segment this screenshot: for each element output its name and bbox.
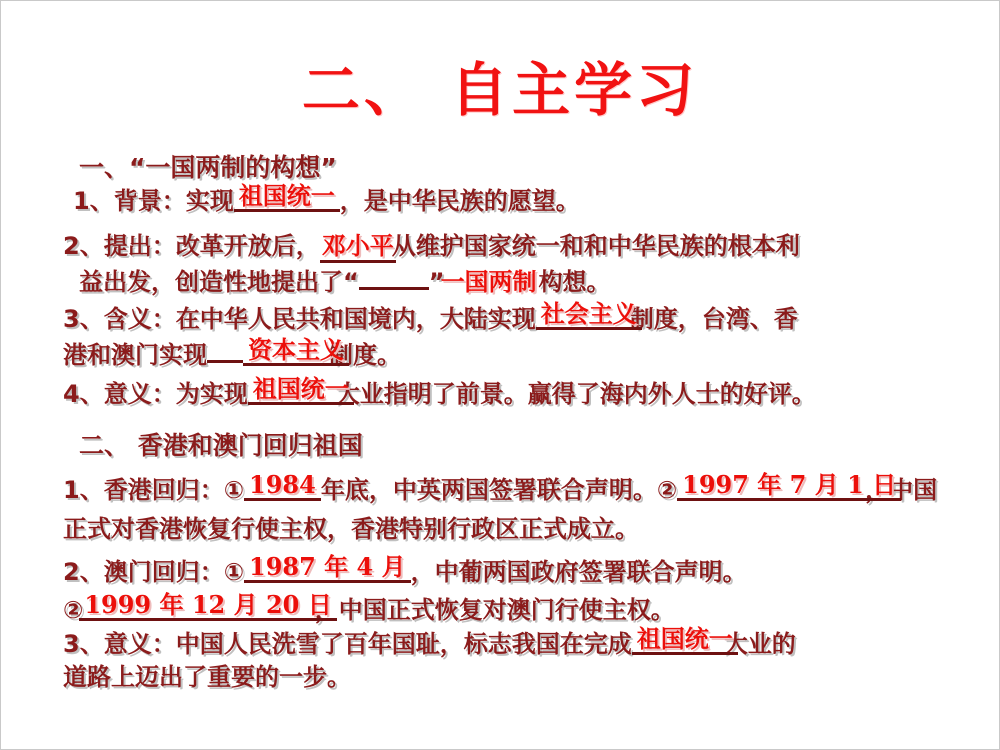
body-text: 4、意义：为实现 — [63, 380, 248, 408]
body-text: ，是中华民族的愿望。 — [340, 187, 580, 215]
filled-answer: 资本主义 — [243, 336, 349, 366]
text-line: 2、澳门回归：①1987 年 4 月，中葡两国政府签署联合声明。 — [63, 556, 991, 589]
body-text: 大业指明了前景。赢得了海内外人士的好评。 — [336, 380, 816, 408]
filled-answer: 社会主义 — [536, 300, 642, 330]
slide-body: 一、“一国两制的构想”1、背景：实现祖国统一，是中华民族的愿望。2、提出：改革开… — [1, 151, 999, 694]
text-line: 3、含义：在中华人民共和国境内，大陆实现社会主义制度，台湾、香 — [63, 303, 991, 336]
body-text: 2、提出：改革开放后， — [63, 232, 320, 260]
text-line: 1、背景：实现祖国统一，是中华民族的愿望。 — [73, 185, 991, 218]
body-text: 道路上迈出了重要的一步。 — [63, 663, 351, 691]
section-heading: 一、“一国两制的构想” — [79, 151, 991, 184]
filled-answer: 祖国统一 — [632, 625, 738, 655]
blank-underline — [207, 336, 243, 363]
body-text: 年底，中英两国签署联合声明。② — [321, 476, 677, 504]
body-text: ，中葡两国政府签署联合声明。 — [411, 558, 747, 586]
text-line: 3、意义：中国人民洗雪了百年国耻，标志我国在完成祖国统一大业的 — [63, 628, 991, 661]
body-text: 3、含义：在中华人民共和国境内，大陆实现 — [63, 305, 536, 333]
filled-answer: 1997 年 7 月 1 日 — [677, 471, 901, 501]
filled-answer: 一国两制 — [439, 267, 539, 296]
filled-answer: 祖国统一 — [234, 182, 340, 212]
body-text: 1、背景：实现 — [73, 187, 234, 215]
body-text: 港和澳门实现 — [63, 341, 207, 369]
body-text: 益出发，创造性地提出了“ — [79, 268, 359, 296]
section-heading: 二、 香港和澳门回归祖国 — [79, 429, 991, 462]
text-line: 正式对香港恢复行使主权，香港特别行政区正式成立。 — [63, 513, 991, 546]
filled-answer: 邓小平 — [320, 231, 396, 263]
body-text: 从维护国家统一和和中华民族的根本利 — [392, 232, 800, 260]
body-text: 2、澳门回归：① — [63, 558, 244, 586]
text-line: 道路上迈出了重要的一步。 — [63, 661, 991, 694]
text-line: 2、提出：改革开放后，邓小平从维护国家统一和和中华民族的根本利 — [63, 229, 991, 263]
text-line: 4、意义：为实现祖国统一大业指明了前景。赢得了海内外人士的好评。 — [63, 378, 991, 411]
filled-answer: 1984 — [244, 471, 321, 501]
filled-answer: 祖国统一 — [248, 375, 354, 405]
text-line: ②1999 年 12 月 20 日，中国正式恢复对澳门行使主权。 — [63, 594, 991, 627]
filled-answer: 1999 年 12 月 20 日 — [79, 591, 336, 621]
text-line: 1、香港回归：①1984年底，中英两国签署联合声明。②1997 年 7 月 1 … — [63, 474, 991, 507]
body-text: ，中国正式恢复对澳门行使主权。 — [315, 596, 675, 624]
text-line: 益出发，创造性地提出了“”一国两制构想。 — [79, 263, 991, 299]
text-line: 港和澳门实现资本主义制度。 — [63, 336, 991, 372]
blank-underline — [359, 263, 429, 290]
body-text: 构想。 — [539, 268, 611, 296]
body-text: 制度，台湾、香 — [630, 305, 798, 333]
body-text: 3、意义：中国人民洗雪了百年国耻，标志我国在完成 — [63, 630, 632, 658]
body-text: 1、香港回归：① — [63, 476, 244, 504]
filled-answer: 1987 年 4 月 — [244, 553, 411, 583]
presentation-slide: 二、 自主学习 一、“一国两制的构想”1、背景：实现祖国统一，是中华民族的愿望。… — [0, 0, 1000, 750]
body-text: 正式对香港恢复行使主权，香港特别行政区正式成立。 — [63, 515, 639, 543]
slide-title: 二、 自主学习 — [1, 43, 999, 127]
